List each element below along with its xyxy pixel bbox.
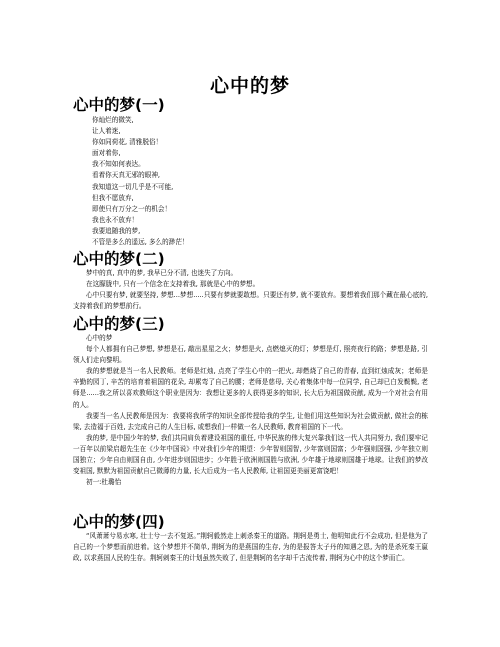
paragraph: 在这朦胧中, 只有一个信念在支持着我, 那就是心中的梦想。 — [73, 279, 428, 290]
poem-line: 我知道这一切几乎是不可能, — [92, 182, 428, 193]
poem-line: 我不知如何表达。 — [92, 159, 428, 170]
paragraph: 我的梦想就是当一名人民教师。老师是红烛, 点亮了学生心中的一把火, 却燃烧了自己… — [73, 366, 428, 410]
author-line: 初一:杜璐怡 — [73, 477, 428, 488]
paragraph: 梦中的真, 真中的梦, 我早已分不清, 也迷失了方向。 — [73, 268, 428, 279]
poem-line: 但我不愿放弃, — [92, 193, 428, 204]
paragraph: 心中只要有梦, 就要坚持, 梦想...梦想.....只要有梦就要敢想。只要还有梦… — [73, 290, 428, 312]
poem-line: 你如同荷花, 清雅脱俗！ — [92, 137, 428, 148]
section-4: 心中的梦(四) “风萧萧兮易水寒, 壮士兮一去不复返。”荆轲毅然走上刺杀秦王的道… — [73, 513, 428, 564]
document-title: 心中的梦 — [0, 71, 500, 98]
poem-lines: 你灿烂的微笑, 让人着迷, 你如同荷花, 清雅脱俗！ 面对着你, 我不知如何表达… — [73, 115, 428, 248]
poem-line: 面对着你, — [92, 148, 428, 159]
section-2-heading: 心中的梦(二) — [73, 250, 428, 268]
poem-line: 不管是多么的遥远, 多么的渺茫！ — [92, 237, 428, 248]
section-3: 心中的梦(三) 心中的梦 每个人都拥有自己梦想, 梦想是石, 敲出星星之火；梦想… — [73, 315, 428, 488]
document-page: 心中的梦 心中的梦(一) 你灿烂的微笑, 让人着迷, 你如同荷花, 清雅脱俗！ … — [0, 0, 500, 647]
paragraph: “风萧萧兮易水寒, 壮士兮一去不复返。”荆轲毅然走上刺杀秦王的道路。荆轲是勇士,… — [73, 531, 428, 564]
poem-line: 看着你天真无邪的眼神, — [92, 170, 428, 181]
poem-line: 你灿烂的微笑, — [92, 115, 428, 126]
section-3-heading: 心中的梦(三) — [73, 315, 428, 333]
paragraph: 我的梦, 是中国少年的梦, 我们共同肩负着建设祖国的重任, 中华民族的伟大复兴靠… — [73, 433, 428, 477]
section-4-heading: 心中的梦(四) — [73, 513, 428, 531]
paragraph: 每个人都拥有自己梦想, 梦想是石, 敲出星星之火；梦想是火, 点燃熄灭的灯；梦想… — [73, 344, 428, 366]
poem-line: 我也永不放弃！ — [92, 215, 428, 226]
section-1: 心中的梦(一) 你灿烂的微笑, 让人着迷, 你如同荷花, 清雅脱俗！ 面对着你,… — [73, 96, 428, 248]
poem-line: 让人着迷, — [92, 126, 428, 137]
section-1-heading: 心中的梦(一) — [73, 96, 428, 114]
paragraph: 心中的梦 — [73, 333, 428, 344]
poem-line: 即使只有万分之一的机会！ — [92, 204, 428, 215]
poem-line: 我要追随我的梦, — [92, 226, 428, 237]
section-2: 心中的梦(二) 梦中的真, 真中的梦, 我早已分不清, 也迷失了方向。 在这朦胧… — [73, 250, 428, 312]
paragraph: 我要当一名人民教师是因为：我要将我所学的知识全部传授给我的学生, 让他们用这些知… — [73, 411, 428, 433]
